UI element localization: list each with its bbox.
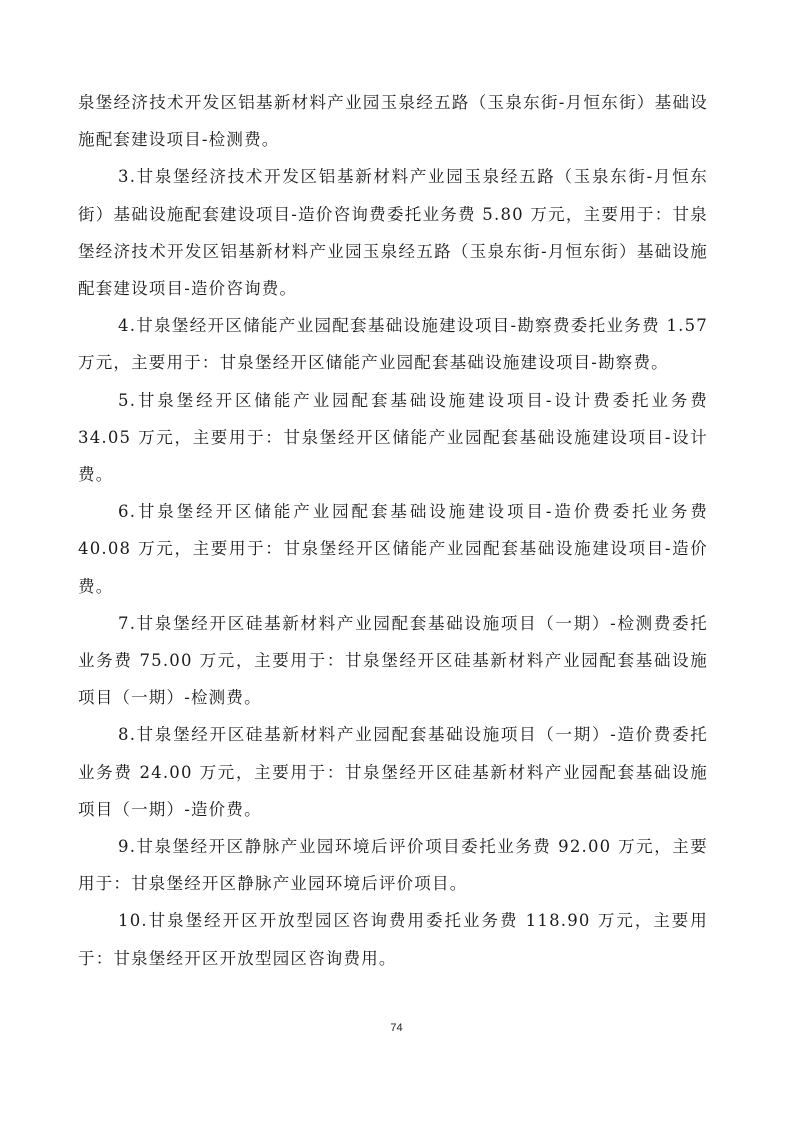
paragraph-item-4: 4.甘泉堡经开区储能产业园配套基础设施建设项目-勘察费委托业务费 1.57 万元… (78, 307, 708, 381)
paragraph-item-7: 7.甘泉堡经开区硅基新材料产业园配套基础设施项目（一期）-检测费委托业务费 75… (78, 605, 708, 717)
paragraph-item-9: 9.甘泉堡经开区静脉产业园环境后评价项目委托业务费 92.00 万元，主要用于：… (78, 828, 708, 902)
paragraph-item-8: 8.甘泉堡经开区硅基新材料产业园配套基础设施项目（一期）-造价费委托业务费 24… (78, 716, 708, 828)
page-number: 74 (0, 1022, 793, 1034)
paragraph-item-3: 3.甘泉堡经济技术开发区铝基新材料产业园玉泉经五路（玉泉东街-月恒东街）基础设施… (78, 158, 708, 307)
paragraph-continuation: 泉堡经济技术开发区铝基新材料产业园玉泉经五路（玉泉东街-月恒东街）基础设施配套建… (78, 84, 708, 158)
paragraph-item-6: 6.甘泉堡经开区储能产业园配套基础设施建设项目-造价费委托业务费 40.08 万… (78, 493, 708, 605)
paragraph-item-10: 10.甘泉堡经开区开放型园区咨询费用委托业务费 118.90 万元，主要用于：甘… (78, 902, 708, 976)
paragraph-item-5: 5.甘泉堡经开区储能产业园配套基础设施建设项目-设计费委托业务费 34.05 万… (78, 382, 708, 494)
body-text: 泉堡经济技术开发区铝基新材料产业园玉泉经五路（玉泉东街-月恒东街）基础设施配套建… (78, 84, 708, 977)
document-page: 泉堡经济技术开发区铝基新材料产业园玉泉经五路（玉泉东街-月恒东街）基础设施配套建… (0, 0, 793, 1122)
